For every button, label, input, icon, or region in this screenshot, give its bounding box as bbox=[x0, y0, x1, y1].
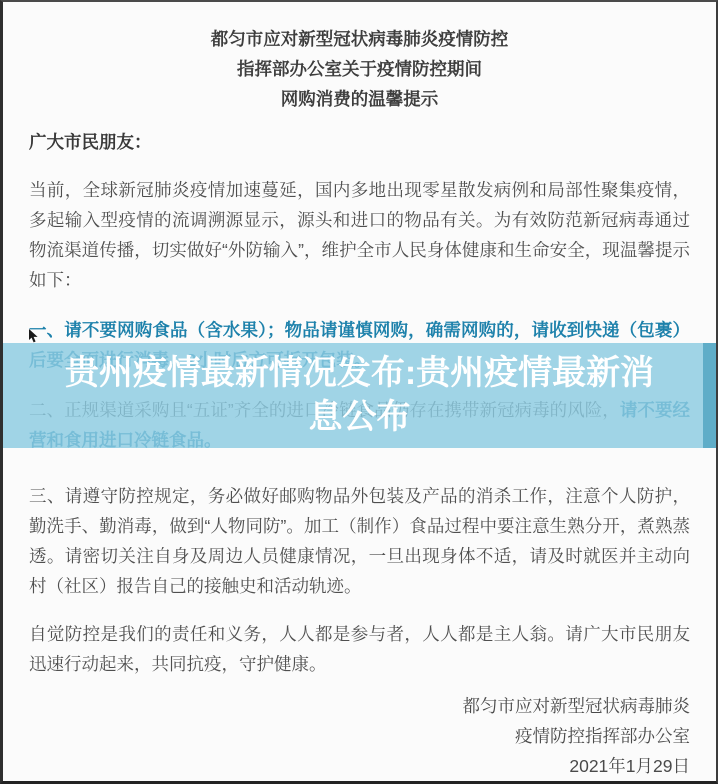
banner-right-edge bbox=[703, 343, 716, 448]
notice-title-line-3: 网购消费的温馨提示 bbox=[29, 84, 690, 114]
overlay-headline: 贵州疫情最新情况发布:贵州疫情最新消息公布 bbox=[50, 351, 670, 439]
signature-org-line-1: 都匀市应对新型冠状病毒肺炎 bbox=[29, 691, 690, 721]
salutation: 广大市民朋友： bbox=[29, 127, 690, 157]
notice-title: 都匀市应对新型冠状病毒肺炎疫情防控 指挥部办公室关于疫情防控期间 网购消费的温馨… bbox=[29, 24, 690, 114]
paragraph-closing: 自觉防控是我们的责任和义务，人人都是参与者，人人都是主人翁。请广大市民朋友迅速行… bbox=[29, 619, 690, 679]
notice-title-line-2: 指挥部办公室关于疫情防控期间 bbox=[29, 54, 690, 84]
signature-date: 2021年1月29日 bbox=[29, 751, 690, 781]
notice-title-line-1: 都匀市应对新型冠状病毒肺炎疫情防控 bbox=[29, 24, 690, 54]
notice-document: 都匀市应对新型冠状病毒肺炎疫情防控 指挥部办公室关于疫情防控期间 网购消费的温馨… bbox=[0, 0, 718, 784]
paragraph-intro: 当前，全球新冠肺炎疫情加速蔓延，国内多地出现零星散发病例和局部性聚集疫情，多起输… bbox=[29, 175, 690, 295]
signature-org-line-2: 疫情防控指挥部办公室 bbox=[29, 721, 690, 751]
signature-block: 都匀市应对新型冠状病毒肺炎 疫情防控指挥部办公室 2021年1月29日 bbox=[29, 691, 690, 781]
paragraph-item-3: 三、请遵守防控规定，务必做好邮购物品外包装及产品的消杀工作，注意个人防护，勤洗手… bbox=[29, 481, 690, 601]
mouse-cursor-icon bbox=[28, 329, 39, 343]
